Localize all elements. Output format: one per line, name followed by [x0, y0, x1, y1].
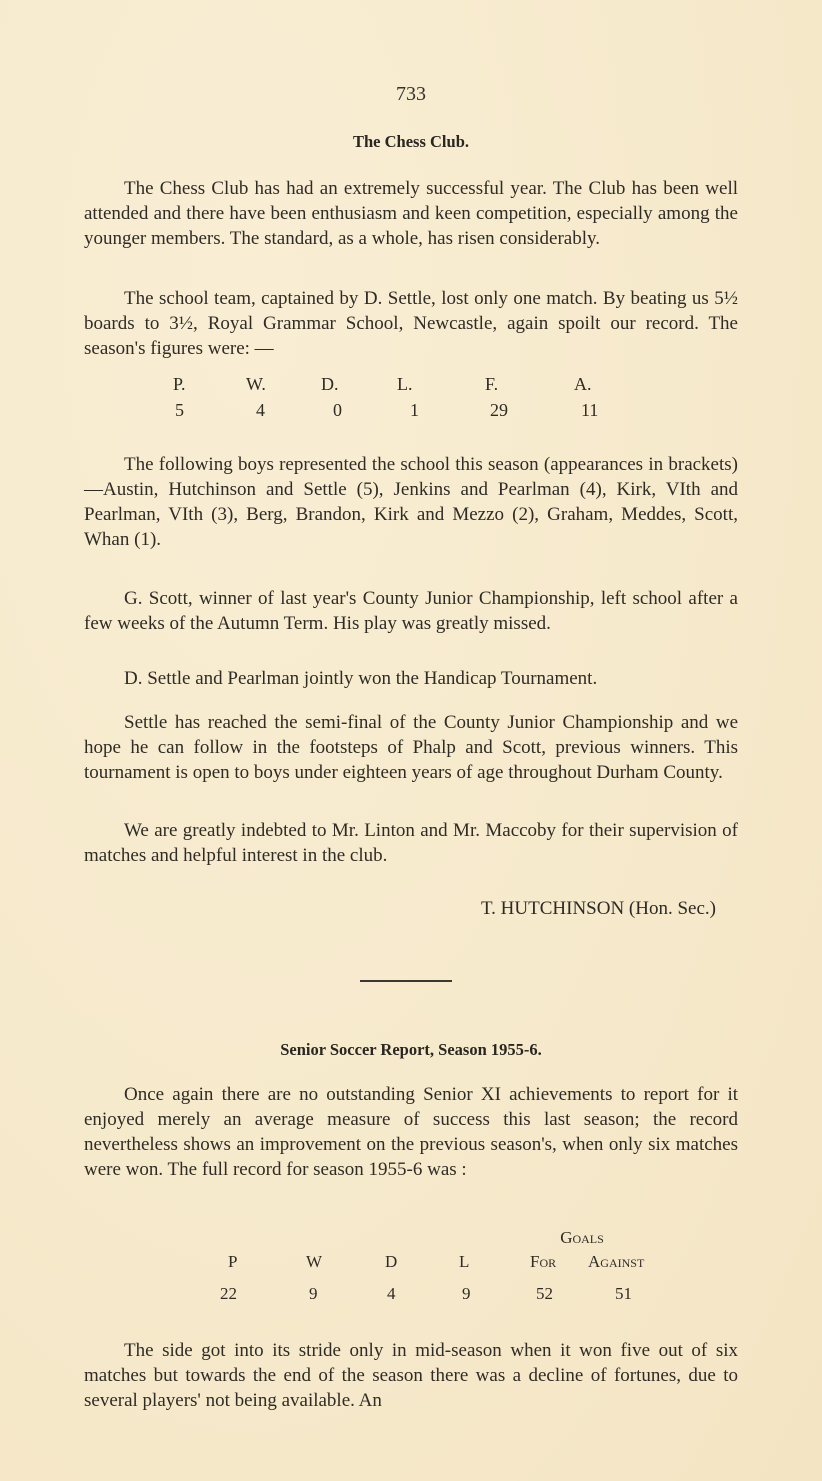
soccer-stat-value: 9 — [309, 1284, 318, 1304]
soccer-stat-value: 22 — [220, 1284, 237, 1304]
soccer-para-2: The side got into its stride only in mid… — [84, 1338, 738, 1413]
chess-para-4: G. Scott, winner of last year's County J… — [84, 586, 738, 636]
chess-signature: T. HUTCHINSON (Hon. Sec.) — [84, 898, 738, 920]
soccer-stat-value: 52 — [536, 1284, 553, 1304]
soccer-stat-header: P — [228, 1252, 237, 1272]
chess-stat-header: W. — [246, 374, 266, 395]
chess-para-7: We are greatly indebted to Mr. Linton an… — [84, 818, 738, 868]
chess-para-5: D. Settle and Pearlman jointly won the H… — [84, 666, 738, 691]
soccer-stat-header: W — [306, 1252, 322, 1272]
chess-stat-header: D. — [321, 374, 339, 395]
senior-soccer-heading: Senior Soccer Report, Season 1955-6. — [84, 1040, 738, 1060]
chess-stat-value: 5 — [175, 400, 184, 421]
section-divider — [360, 980, 452, 982]
page-number: 733 — [84, 83, 738, 106]
chess-stat-value: 29 — [490, 400, 508, 421]
chess-stat-header: A. — [574, 374, 592, 395]
soccer-stat-value: 9 — [462, 1284, 471, 1304]
chess-stat-header: P. — [173, 374, 186, 395]
chess-stat-value: 0 — [333, 400, 342, 421]
chess-stat-header: L. — [397, 374, 413, 395]
soccer-goals-group-header: Goals — [532, 1228, 632, 1248]
chess-stat-value: 4 — [256, 400, 265, 421]
soccer-para-1: Once again there are no outstanding Seni… — [84, 1082, 738, 1182]
chess-stat-value: 11 — [581, 400, 598, 421]
chess-club-heading: The Chess Club. — [84, 132, 738, 152]
soccer-stat-header: For — [530, 1252, 556, 1272]
soccer-stat-header: D — [385, 1252, 397, 1272]
soccer-stat-value: 51 — [615, 1284, 632, 1304]
chess-stat-value: 1 — [410, 400, 419, 421]
chess-para-2: The school team, captained by D. Settle,… — [84, 286, 738, 361]
chess-stat-header: F. — [485, 374, 498, 395]
soccer-stat-header: L — [459, 1252, 469, 1272]
chess-para-1: The Chess Club has had an extremely succ… — [84, 176, 738, 251]
chess-para-2-text: The school team, captained by D. Settle,… — [84, 288, 738, 359]
soccer-stat-header: Against — [588, 1252, 644, 1272]
soccer-stat-value: 4 — [387, 1284, 396, 1304]
chess-para-6: Settle has reached the semi-final of the… — [84, 710, 738, 785]
chess-para-3: The following boys represented the schoo… — [84, 452, 738, 552]
